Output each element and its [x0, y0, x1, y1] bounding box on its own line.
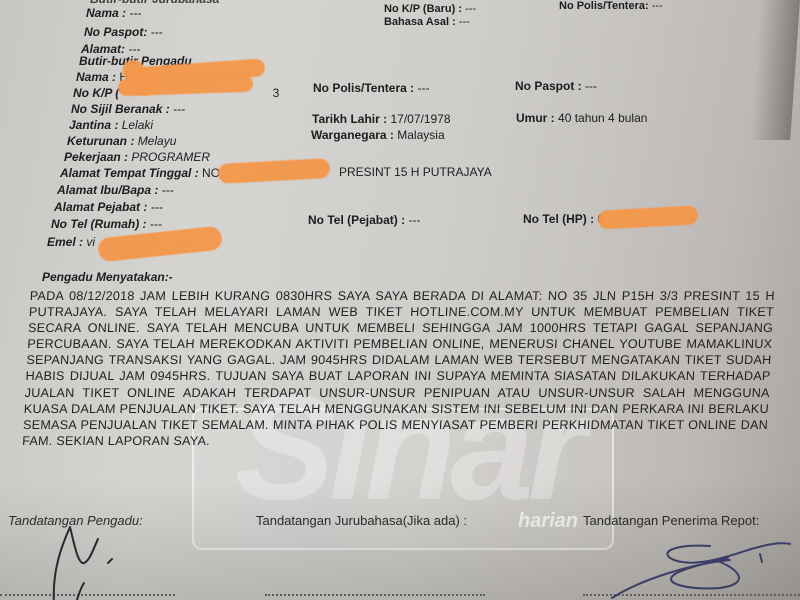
interpreter-bahasa-asal: Bahasa Asal : --- — [384, 16, 470, 28]
photo-shadow-right — [750, 0, 800, 140]
complainant-jantina: Jantina : Lelaki — [69, 118, 153, 132]
complainant-warganegara: Warganegara : Malaysia — [311, 128, 445, 142]
complainant-no-tel-pejabat: No Tel (Pejabat) : --- — [308, 213, 420, 227]
interpreter-no-paspot: No Paspot: --- — [84, 25, 163, 39]
complainant-no-paspot: No Paspot : --- — [515, 79, 597, 93]
complainant-umur: Umur : 40 tahun 4 bulan — [516, 111, 647, 125]
complainant-alamat-tempat-tinggal: Alamat Tempat Tinggal : NO — [60, 166, 220, 180]
statement-heading: Pengadu Menyatakan:- — [42, 270, 173, 284]
complainant-pekerjaan: Pekerjaan : PROGRAMER — [64, 150, 210, 164]
complainant-alamat-suffix: PRESINT 15 H PUTRAJAYA — [339, 165, 492, 179]
interpreter-nama: Nama : --- — [86, 6, 141, 20]
complainant-no-polis: No Polis/Tentera : --- — [313, 81, 429, 95]
interpreter-no-kp-baru: No K/P (Baru) : --- — [384, 3, 476, 15]
redaction-address — [218, 158, 331, 184]
redaction-email — [97, 226, 223, 263]
statement-body: PADA 08/12/2018 JAM LEBIH KURANG 0830HRS… — [22, 288, 775, 449]
redaction-phone — [598, 205, 699, 229]
complainant-no-tel-hp: No Tel (HP) : 0 — [523, 212, 604, 226]
police-report-page: Sinar harian Butir-butir Jurubahasa Nama… — [0, 0, 800, 600]
complainant-tarikh-lahir: Tarikh Lahir : 17/07/1978 — [312, 112, 451, 126]
complainant-alamat-ibu-bapa: Alamat Ibu/Bapa : --- — [57, 183, 174, 197]
complainant-keturunan: Keturunan : Melayu — [67, 134, 176, 148]
complainant-no-sijil-beranak: No Sijil Beranak : --- — [71, 102, 185, 116]
photo-shadow-bottom — [0, 480, 800, 600]
complainant-alamat-pejabat: Alamat Pejabat : --- — [54, 200, 163, 214]
interpreter-no-polis: No Polis/Tentera: --- — [559, 0, 663, 12]
complainant-no-tel-rumah: No Tel (Rumah) : --- — [51, 217, 162, 231]
